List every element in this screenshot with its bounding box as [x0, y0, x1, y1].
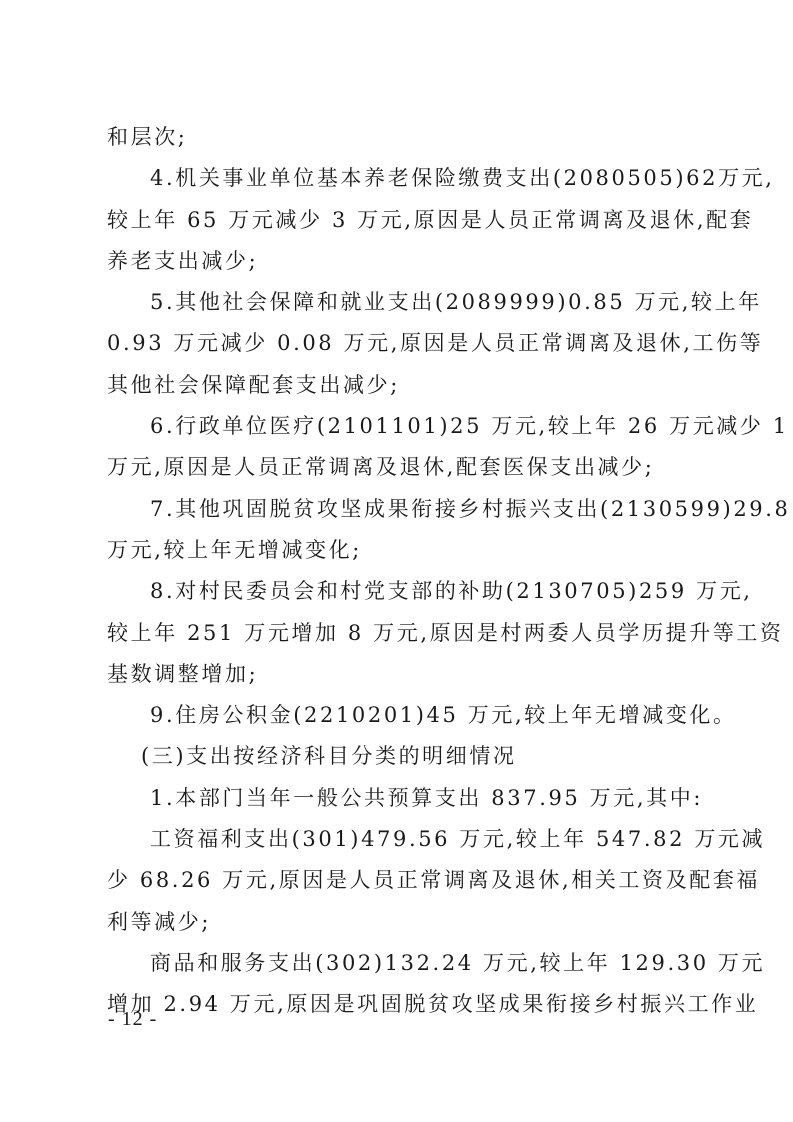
list-item-8-line-1: 8.对村民委员会和村党支部的补助(2130705)259 万元, [107, 571, 692, 612]
section-heading: (三)支出按经济科目分类的明细情况 [107, 736, 692, 777]
list-item-9-line-1: 9.住房公积金(2210201)45 万元,较上年无增减变化。 [107, 695, 692, 736]
list-item-4-line-2: 较上年 65 万元减少 3 万元,原因是人员正常调离及退休,配套 [107, 200, 692, 241]
page-number: - 12 - [108, 1008, 157, 1031]
list-item-7-line-1: 7.其他巩固脱贫攻坚成果衔接乡村振兴支出(2130599)29.8 [107, 489, 692, 530]
document-page: 和层次; 4.机关事业单位基本养老保险缴费支出(2080505)62万元, 较上… [107, 117, 692, 1026]
list-item-7-line-2: 万元,较上年无增减变化; [107, 530, 692, 571]
wages-welfare-line-2: 少 68.26 万元,原因是人员正常调离及退休,相关工资及配套福 [107, 860, 692, 901]
wages-welfare-line-1: 工资福利支出(301)479.56 万元,较上年 547.82 万元减 [107, 819, 692, 860]
text-line: 和层次; [107, 117, 692, 158]
list-item-6-line-2: 万元,原因是人员正常调离及退休,配套医保支出减少; [107, 447, 692, 488]
goods-services-line-2: 增加 2.94 万元,原因是巩固脱贫攻坚成果衔接乡村振兴工作业 [107, 984, 692, 1025]
wages-welfare-line-3: 利等减少; [107, 902, 692, 943]
list-item-8-line-2: 较上年 251 万元增加 8 万元,原因是村两委人员学历提升等工资 [107, 613, 692, 654]
list-item-8-line-3: 基数调整增加; [107, 654, 692, 695]
list-item-4-line-3: 养老支出减少; [107, 241, 692, 282]
goods-services-line-1: 商品和服务支出(302)132.24 万元,较上年 129.30 万元 [107, 943, 692, 984]
list-item-5-line-1: 5.其他社会保障和就业支出(2089999)0.85 万元,较上年 [107, 282, 692, 323]
list-item-5-line-3: 其他社会保障配套支出减少; [107, 365, 692, 406]
list-item-6-line-1: 6.行政单位医疗(2101101)25 万元,较上年 26 万元减少 1 [107, 406, 692, 447]
list-item-5-line-2: 0.93 万元减少 0.08 万元,原因是人员正常调离及退休,工伤等 [107, 323, 692, 364]
list-item-4-line-1: 4.机关事业单位基本养老保险缴费支出(2080505)62万元, [107, 158, 692, 199]
economic-item-1: 1.本部门当年一般公共预算支出 837.95 万元,其中: [107, 778, 692, 819]
